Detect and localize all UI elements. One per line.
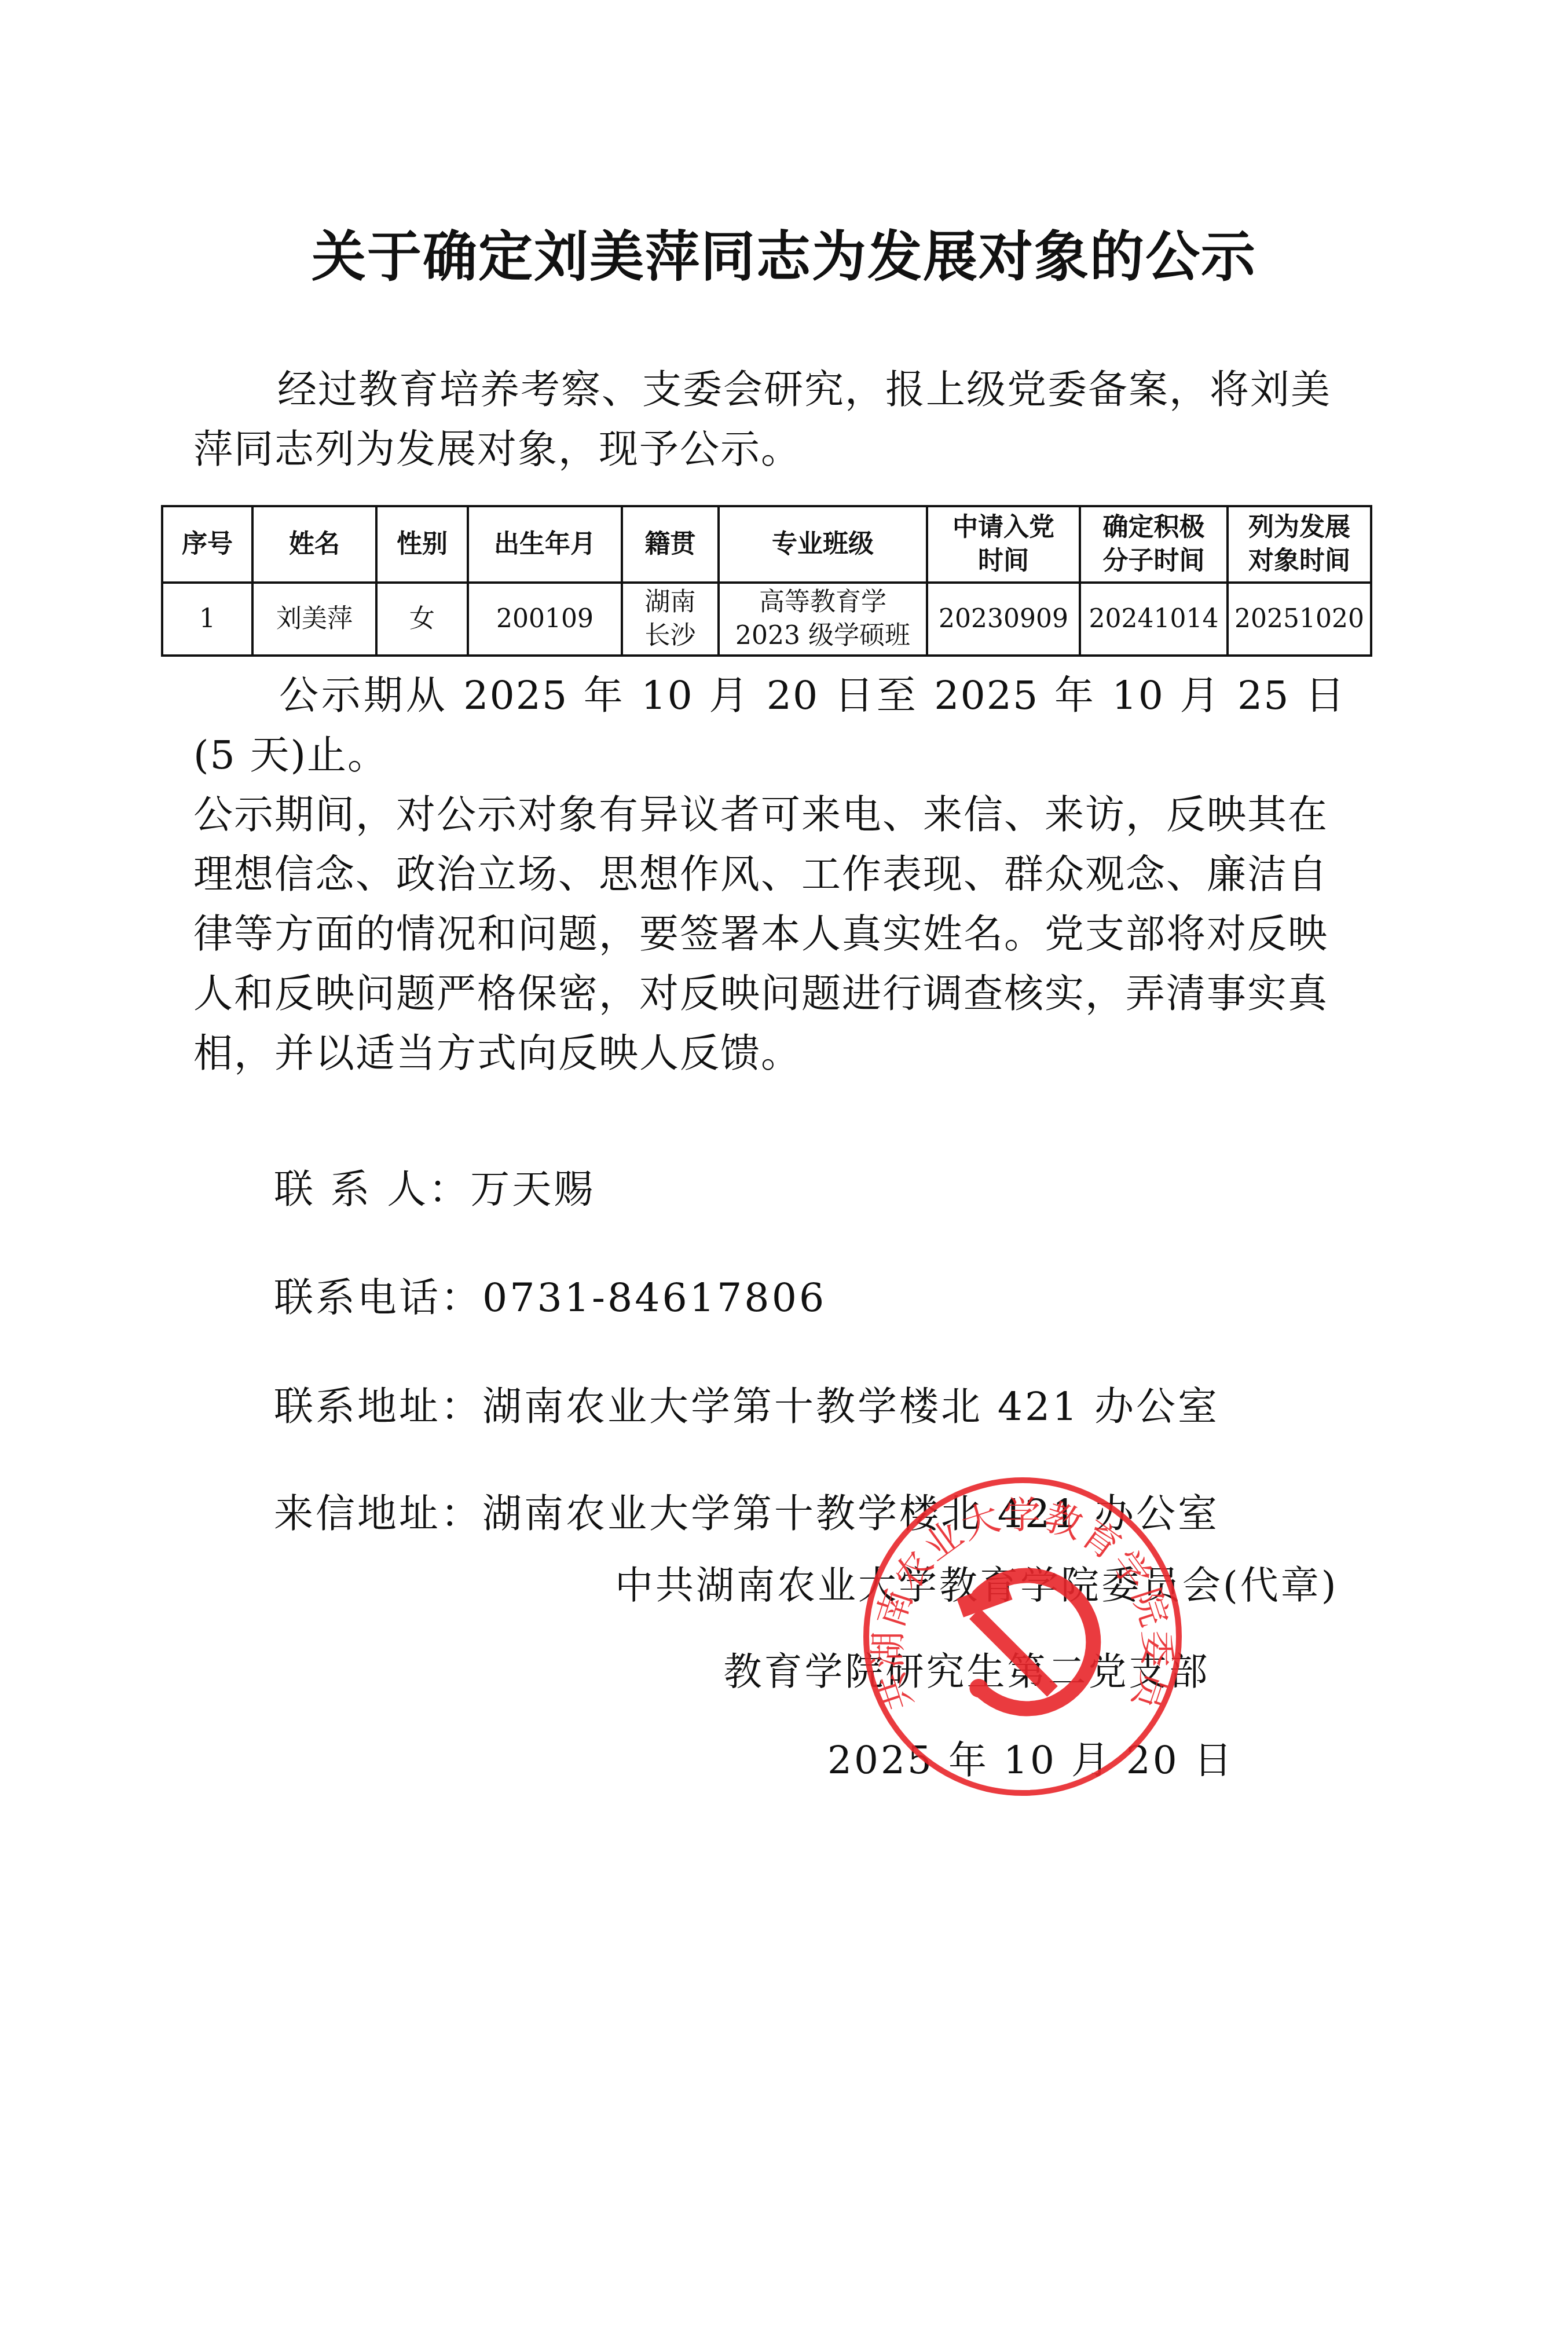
cell-gender: 女 xyxy=(376,583,468,656)
signature-date: 2025 年 10 月 20 日 xyxy=(827,1734,1153,1787)
cell-index: 1 xyxy=(162,583,252,656)
candidate-table: 序号 姓名 性别 出生年月 籍贯 专业班级 中请入党 时间 确定积极 分子时间 … xyxy=(161,505,1372,657)
header-origin: 籍贯 xyxy=(622,506,719,583)
signature-branch: 教育学院研究生第二党支部 xyxy=(719,1646,1215,1698)
intro-line-2: 萍同志列为发展对象，现予公示。 xyxy=(193,420,1346,480)
header-candidate-date-line1: 列为发展 xyxy=(1229,511,1370,544)
header-apply-date-line2: 时间 xyxy=(928,544,1079,578)
mail-address-label: 来信地址： xyxy=(274,1491,482,1537)
contact-person-label: 联 系 人： xyxy=(274,1167,470,1213)
header-activist-date-line2: 分子时间 xyxy=(1081,544,1226,578)
intro-paragraph: 经过教育培养考察、支委会研究，报上级党委备案，将刘美 萍同志列为发展对象，现予公… xyxy=(193,360,1346,480)
notice-line-1: 公示期从 2025 年 10 月 20 日至 2025 年 10 月 25 日(… xyxy=(193,673,1346,778)
contact-address-label: 联系地址： xyxy=(274,1384,482,1430)
header-apply-date: 中请入党 时间 xyxy=(927,506,1080,583)
notice-line-5: 人和反映问题严格保密，对反映问题进行调查核实，弄清事实真 xyxy=(193,964,1346,1024)
table-header-row: 序号 姓名 性别 出生年月 籍贯 专业班级 中请入党 时间 确定积极 分子时间 … xyxy=(162,506,1371,583)
header-birth: 出生年月 xyxy=(468,506,622,583)
signature-org: 中共湖南农业大学教育学院委员会(代章) xyxy=(615,1560,1329,1612)
header-candidate-date-line2: 对象时间 xyxy=(1229,544,1370,578)
header-index: 序号 xyxy=(162,506,252,583)
contact-address: 联系地址：湖南农业大学第十教学楼北 421 办公室 xyxy=(274,1381,1219,1433)
notice-line-2: 公示期间，对公示对象有异议者可来电、来信、来访，反映其在 xyxy=(193,785,1346,845)
cell-origin-line2: 长沙 xyxy=(623,619,717,653)
header-activist-date: 确定积极 分子时间 xyxy=(1080,506,1228,583)
table-row: 1 刘美萍 女 200109 湖南 长沙 高等教育学 2023 级学硕班 202… xyxy=(162,583,1371,656)
intro-line-1: 经过教育培养考察、支委会研究，报上级党委备案，将刘美 xyxy=(277,367,1331,413)
cell-name: 刘美萍 xyxy=(252,583,376,656)
header-gender: 性别 xyxy=(376,506,468,583)
header-activist-date-line1: 确定积极 xyxy=(1081,511,1226,544)
header-name: 姓名 xyxy=(252,506,376,583)
page-title: 关于确定刘美萍同志为发展对象的公示 xyxy=(0,223,1568,292)
header-class: 专业班级 xyxy=(719,506,927,583)
notice-line-3: 理想信念、政治立场、思想作风、工作表现、群众观念、廉洁自 xyxy=(193,845,1346,905)
contact-person: 联 系 人：万天赐 xyxy=(274,1164,595,1216)
cell-birth: 200109 xyxy=(468,583,622,656)
contact-phone-value: 0731-84617806 xyxy=(482,1275,826,1321)
cell-class-line2: 2023 级学硕班 xyxy=(720,619,926,653)
contact-phone: 联系电话：0731-84617806 xyxy=(274,1272,826,1324)
contact-person-value: 万天赐 xyxy=(470,1167,595,1213)
header-candidate-date: 列为发展 对象时间 xyxy=(1228,506,1371,583)
cell-class-line1: 高等教育学 xyxy=(720,585,926,619)
cell-apply-date: 20230909 xyxy=(927,583,1080,656)
header-apply-date-line1: 中请入党 xyxy=(928,511,1079,544)
mail-address-value: 湖南农业大学第十教学楼北 421 办公室 xyxy=(482,1491,1219,1537)
notice-line-6: 相，并以适当方式向反映人反馈。 xyxy=(193,1024,1346,1084)
contact-address-value: 湖南农业大学第十教学楼北 421 办公室 xyxy=(482,1384,1219,1430)
cell-class: 高等教育学 2023 级学硕班 xyxy=(719,583,927,656)
notice-line-4: 律等方面的情况和问题，要签署本人真实姓名。党支部将对反映 xyxy=(193,905,1346,964)
cell-activist-date: 20241014 xyxy=(1080,583,1228,656)
contact-phone-label: 联系电话： xyxy=(274,1275,482,1321)
notice-paragraph: 公示期从 2025 年 10 月 20 日至 2025 年 10 月 25 日(… xyxy=(193,666,1346,1084)
cell-origin: 湖南 长沙 xyxy=(622,583,719,656)
mail-address: 来信地址：湖南农业大学第十教学楼北 421 办公室 xyxy=(274,1488,1219,1540)
cell-origin-line1: 湖南 xyxy=(623,585,717,619)
cell-candidate-date: 20251020 xyxy=(1228,583,1371,656)
